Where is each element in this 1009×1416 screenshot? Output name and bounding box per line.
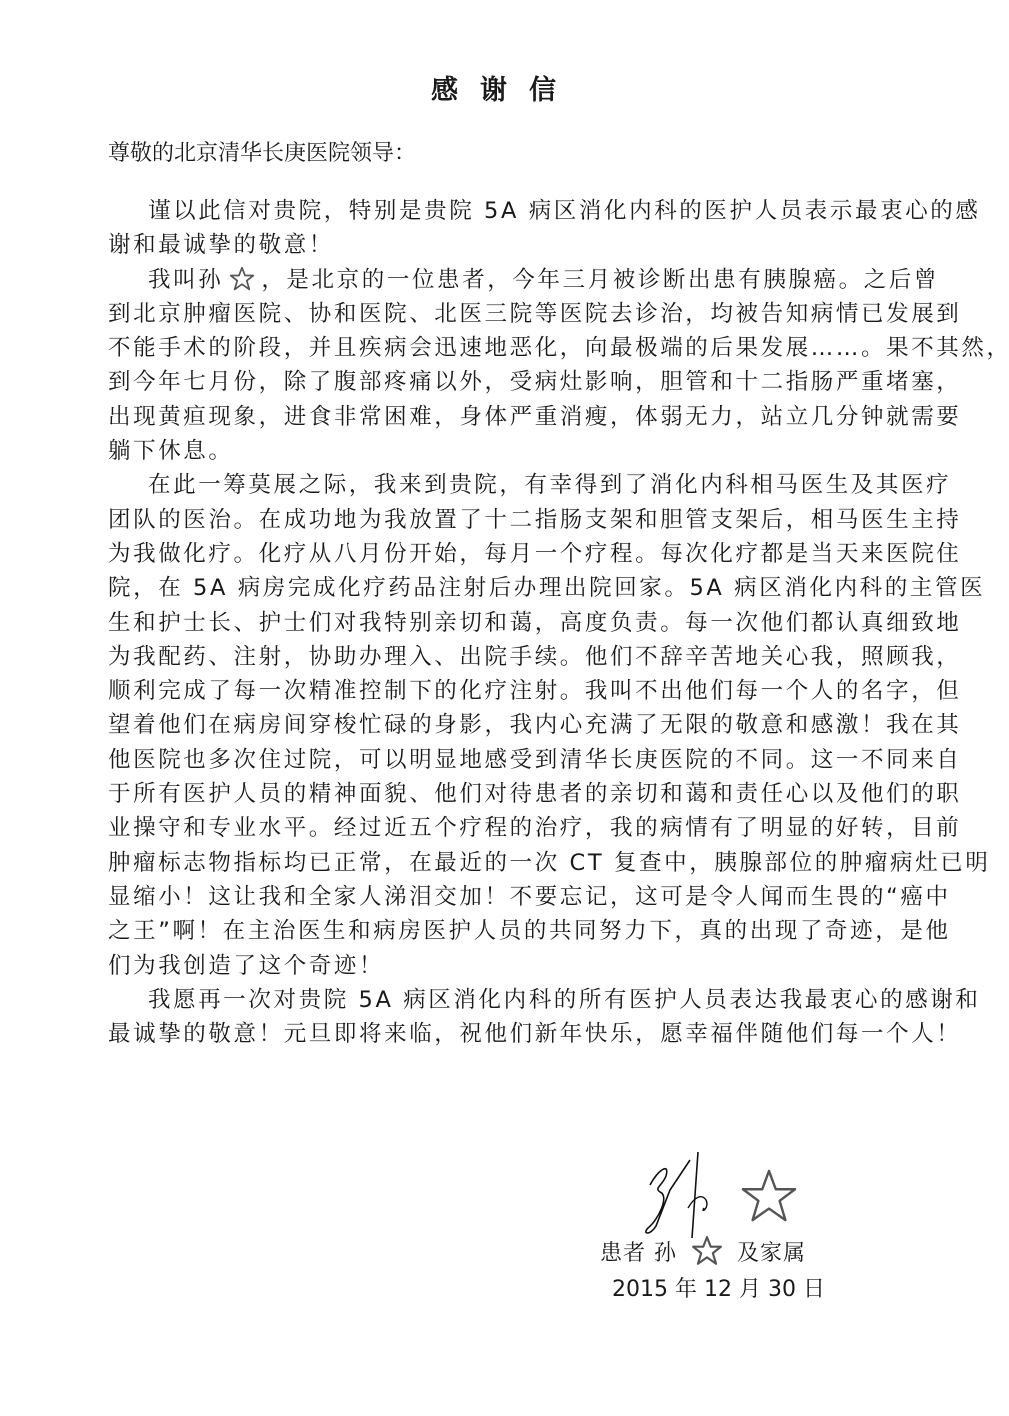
letter-line: 顺利完成了每一次精准控制下的化疗注射。我叫不出他们每一个人的名字，但 — [108, 674, 918, 708]
signer-label: 患者 孙 — [600, 1241, 677, 1266]
letter-line: 出现黄疸现象，进食非常困难，身体严重消瘦，体弱无力，站立几分钟就需要 — [108, 400, 918, 434]
letter-line: 躺下休息。 — [108, 434, 918, 468]
letter-line: 谢和最诚挚的敬意！ — [108, 228, 918, 262]
letter-line: 望着他们在病房间穿梭忙碌的身影，我内心充满了无限的敬意和感激！我在其 — [108, 708, 918, 742]
salutation: 尊敬的北京清华长庚医院领导： — [108, 136, 416, 167]
letter-line: 为我配药、注射，协助办理入、出院手续。他们不辞辛苦地关心我，照顾我， — [108, 640, 918, 674]
letter-title: 感谢信 — [0, 68, 1009, 107]
letter-line: 院，在 5A 病房完成化疗药品注射后办理出院回家。5A 病区消化内科的主管医 — [108, 571, 918, 605]
letter-line: 谨以此信对贵院，特别是贵院 5A 病区消化内科的医护人员表示最衷心的感 — [108, 194, 918, 228]
letter-line: 显缩小！这让我和全家人涕泪交加！不要忘记，这可是令人闻而生畏的“癌中 — [108, 880, 918, 914]
letter-line: 肿瘤标志物指标均已正常，在最近的一次 CT 复查中，胰腺部位的肿瘤病灶已明 — [108, 846, 918, 880]
letter-line: 在此一筹莫展之际，我来到贵院，有幸得到了消化内科相马医生及其医疗 — [108, 468, 918, 502]
star-outline-icon — [691, 1235, 723, 1267]
letter-line: 业操守和专业水平。经过近五个疗程的治疗，我的病情有了明显的好转，目前 — [108, 811, 918, 845]
line-text: 我叫孙 — [148, 267, 223, 293]
letter-date: 2015 年 12 月 30 日 — [612, 1272, 825, 1303]
letter-line: 们为我创造了这个奇迹！ — [108, 949, 918, 983]
letter-line: 生和护士长、护士们对我特别亲切和蔼，高度负责。每一次他们都认真细致地 — [108, 606, 918, 640]
letter-line: 他医院也多次住过院，可以明显地感受到清华长庚医院的不同。这一不同来自 — [108, 743, 918, 777]
star-outline-icon — [740, 1168, 798, 1224]
signer-family: 及家属 — [737, 1241, 806, 1266]
letter-line: 我叫孙，是北京的一位患者，今年三月被诊断出患有胰腺癌。之后曾 — [108, 263, 918, 297]
letter-line: 到北京肿瘤医院、协和医院、北医三院等医院去诊治，均被告知病情已发展到 — [108, 297, 918, 331]
letter-line: 于所有医护人员的精神面貌、他们对待患者的亲切和蔼和责任心以及他们的职 — [108, 777, 918, 811]
letter-line: 不能手术的阶段，并且疾病会迅速地恶化，向最极端的后果发展……。果不其然， — [108, 331, 918, 365]
line-text: ，是北京的一位患者，今年三月被诊断出患有胰腺癌。之后曾 — [261, 267, 939, 293]
star-outline-icon — [229, 266, 255, 292]
letter-body: 谨以此信对贵院，特别是贵院 5A 病区消化内科的医护人员表示最衷心的感谢和最诚挚… — [108, 194, 918, 1051]
letter-line: 团队的医治。在成功地为我放置了十二指肠支架和胆管支架后，相马医生主持 — [108, 503, 918, 537]
handwritten-signature — [640, 1150, 730, 1242]
letter-line: 到今年七月份，除了腹部疼痛以外，受病灶影响，胆管和十二指肠严重堵塞， — [108, 365, 918, 399]
letter-line: 为我做化疗。化疗从八月份开始，每月一个疗程。每次化疗都是当天来医院住 — [108, 537, 918, 571]
letter-line: 最诚挚的敬意！元旦即将来临，祝他们新年快乐，愿幸福伴随他们每一个人！ — [108, 1017, 918, 1051]
signature-line: 患者 孙 及家属 — [600, 1235, 806, 1267]
letter-line: 之王”啊！在主治医生和病房医护人员的共同努力下，真的出现了奇迹，是他 — [108, 914, 918, 948]
letter-line: 我愿再一次对贵院 5A 病区消化内科的所有医护人员表达我最衷心的感谢和 — [108, 983, 918, 1017]
